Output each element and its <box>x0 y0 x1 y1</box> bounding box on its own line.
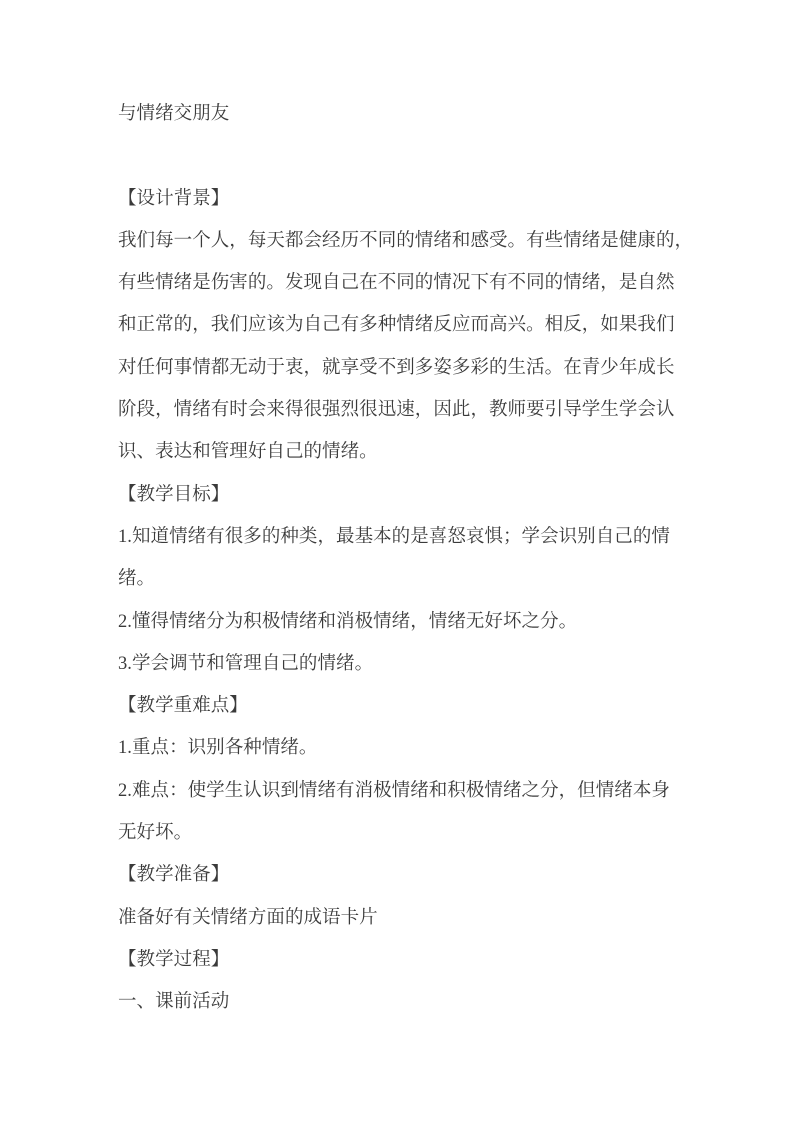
list-item-line: 3.学会调节和管理自己的情绪。 <box>118 643 675 685</box>
blank-line <box>118 135 675 177</box>
section-heading: 【教学准备】 <box>118 854 675 896</box>
document-page: 与情绪交朋友 【设计背景】 我们每一个人，每天都会经历不同的情绪和感受。有些情绪… <box>0 0 793 1122</box>
section-heading: 【教学目标】 <box>118 474 675 516</box>
paragraph-line: 我们每一个人，每天都会经历不同的情绪和感受。有些情绪是健康的， <box>118 220 675 262</box>
list-item-line: 2.难点：使学生认识到情绪有消极情绪和积极情绪之分，但情绪本身 <box>118 770 675 812</box>
section-heading: 【设计背景】 <box>118 178 675 220</box>
list-item-line: 无好坏。 <box>118 812 675 854</box>
list-item-line: 2.懂得情绪分为积极情绪和消极情绪，情绪无好坏之分。 <box>118 601 675 643</box>
paragraph-line: 有些情绪是伤害的。发现自己在不同的情况下有不同的情绪，是自然 <box>118 262 675 304</box>
paragraph-line: 识、表达和管理好自己的情绪。 <box>118 431 675 473</box>
list-item-line: 1.知道情绪有很多的种类，最基本的是喜怒哀惧；学会识别自己的情 <box>118 516 675 558</box>
paragraph-line: 一、课前活动 <box>118 981 675 1023</box>
document-body: 与情绪交朋友 【设计背景】 我们每一个人，每天都会经历不同的情绪和感受。有些情绪… <box>118 93 675 1024</box>
list-item-line: 绪。 <box>118 558 675 600</box>
document-title: 与情绪交朋友 <box>118 93 675 135</box>
section-heading: 【教学过程】 <box>118 939 675 981</box>
paragraph-line: 准备好有关情绪方面的成语卡片 <box>118 897 675 939</box>
list-item-line: 1.重点：识别各种情绪。 <box>118 727 675 769</box>
paragraph-line: 和正常的，我们应该为自己有多种情绪反应而高兴。相反，如果我们 <box>118 304 675 346</box>
paragraph-line: 对任何事情都无动于衷，就享受不到多姿多彩的生活。在青少年成长 <box>118 347 675 389</box>
section-heading: 【教学重难点】 <box>118 685 675 727</box>
paragraph-line: 阶段，情绪有时会来得很强烈很迅速，因此，教师要引导学生学会认 <box>118 389 675 431</box>
